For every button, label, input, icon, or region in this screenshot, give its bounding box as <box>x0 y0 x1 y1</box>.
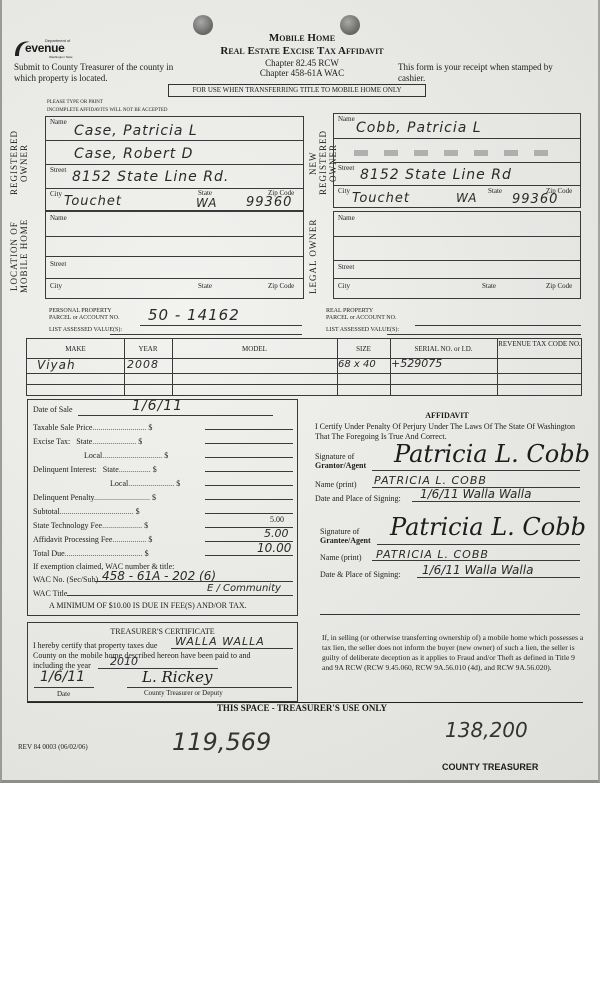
receipt-note: This form is your receipt when stamped b… <box>398 62 568 84</box>
processing-fee-value[interactable]: 5.00 <box>264 527 289 540</box>
new-owner-state[interactable]: WA <box>456 191 477 205</box>
submit-note: Submit to County Treasurer of the county… <box>14 62 184 84</box>
date-of-sale-value[interactable]: 1/6/11 <box>132 398 183 414</box>
grantee-name-print[interactable]: PATRICIA L. COBB <box>376 548 489 561</box>
year-value[interactable]: 2008 <box>127 358 159 371</box>
affidavit-title: AFFIDAVIT <box>312 411 582 420</box>
registered-owner-name1[interactable]: Case, Patricia L <box>74 123 198 139</box>
registered-owner-zip[interactable]: 99360 <box>246 195 292 210</box>
affidavit-divider <box>320 614 580 615</box>
instruction-incomplete: INCOMPLETE AFFIDAVITS WILL NOT BE ACCEPT… <box>47 108 168 113</box>
form-title-line1: Mobile Home <box>202 32 402 44</box>
logo-brand: evenue <box>25 42 65 54</box>
grantor-date-place[interactable]: 1/6/11 Walla Walla <box>420 487 531 501</box>
new-owner-city[interactable]: Touchet <box>352 191 410 206</box>
chapter-rcw: Chapter 82.45 RCW <box>202 58 402 68</box>
registered-owner-city[interactable]: Touchet <box>64 194 122 209</box>
grantor-name-print[interactable]: PATRICIA L. COBB <box>374 474 487 487</box>
tax-line-subtotal: Subtotal................................… <box>33 507 140 516</box>
new-owner-street[interactable]: 8152 State Line Rd <box>360 167 512 183</box>
tax-line-delinquent-local: Local....................... $ <box>110 479 180 488</box>
location-label: LOCATION OF MOBILE HOME <box>9 212 39 300</box>
new-owner-name1[interactable]: Cobb, Patricia L <box>356 120 482 136</box>
new-registered-owner-box: Name Cobb, Patricia L Street 8152 State … <box>333 113 581 208</box>
form-title-line2: Real Estate Excise Tax Affidavit <box>152 45 452 57</box>
tax-line-delinquent-state: Delinquent Interest: State..............… <box>33 465 157 474</box>
personal-property-label: PERSONAL PROPERTY PARCEL or ACCOUNT NO. <box>49 308 119 322</box>
registered-owner-street[interactable]: 8152 State Line Rd. <box>72 169 229 185</box>
serial-value[interactable]: +529075 <box>391 357 442 370</box>
chapter-wac: Chapter 458-61A WAC <box>202 68 402 78</box>
instruction-type-or-print: PLEASE TYPE OR PRINT <box>47 100 103 105</box>
grantee-signature[interactable]: Patricia L. Cobb <box>390 513 586 541</box>
mobile-home-table: MAKE YEAR MODEL SIZE SERIAL NO. or I.D. … <box>26 338 582 396</box>
size-value[interactable]: 68 x 40 <box>338 359 376 370</box>
registered-owner-label: REGISTERED OWNER <box>9 118 37 208</box>
make-value[interactable]: Viyah <box>37 358 76 372</box>
grantee-date-place[interactable]: 1/6/11 Walla Walla <box>422 563 533 577</box>
wac-title-value[interactable]: E / Community <box>207 583 281 594</box>
minimum-due-note: A MINIMUM OF $10.00 IS DUE IN FEE(S) AND… <box>49 601 247 610</box>
treasurer-county-value[interactable]: WALLA WALLA <box>175 635 265 648</box>
tax-line-processing-fee: Affidavit Processing Fee................… <box>33 535 152 544</box>
paid-through-year[interactable]: 2010 <box>110 655 138 668</box>
registered-owner-name2[interactable]: Case, Robert D <box>74 146 193 162</box>
tax-line-excise-state: Excise Tax: State...................... … <box>33 437 142 446</box>
form-number: REV 84 0003 (06/02/06) <box>18 743 88 751</box>
tax-line-delinquent-penalty: Delinquent Penalty......................… <box>33 493 156 502</box>
handwritten-value-1: 119,569 <box>172 728 271 756</box>
handwritten-value-2: 138,200 <box>445 718 528 742</box>
revenue-logo: Department of evenue Washington State <box>13 38 83 60</box>
affidavit-certify-text: I Certify Under Penalty Of Perjury Under… <box>315 422 580 442</box>
wac-number-value[interactable]: 458 - 61A - 202 (6) <box>102 569 216 583</box>
grantor-signature[interactable]: Patricia L. Cobb <box>394 440 590 468</box>
registered-owner-state[interactable]: WA <box>196 196 217 210</box>
new-owner-zip[interactable]: 99360 <box>512 192 558 207</box>
tax-line-tech-fee: State Technology Fee....................… <box>33 521 148 530</box>
county-treasurer-stamp: COUNTY TREASURER <box>442 762 538 772</box>
location-box: Name Street City State Zip Code <box>45 211 304 299</box>
tax-lien-warning: If, in selling (or otherwise transferrin… <box>322 633 584 673</box>
registered-owner-box: Name Case, Patricia L Case, Robert D Str… <box>45 116 304 211</box>
title-only-banner: FOR USE WHEN TRANSFERRING TITLE TO MOBIL… <box>168 84 426 97</box>
tax-line-taxable-price: Taxable Sale Price......................… <box>33 423 152 432</box>
legal-owner-box: Name Street City State Zip Code <box>333 211 581 299</box>
tax-line-total-due: Total Due...............................… <box>33 549 149 558</box>
tech-fee-value: 5.00 <box>270 515 284 524</box>
new-owner-name2-redacted <box>354 150 554 156</box>
new-registered-owner-label: NEW REGISTERED OWNER <box>308 118 334 208</box>
total-due-value[interactable]: 10.00 <box>257 541 291 555</box>
real-property-label: REAL PROPERTY PARCEL or ACCOUNT NO. <box>326 308 396 322</box>
legal-owner-label: LEGAL OWNER <box>308 212 334 300</box>
scanned-form-page: Department of evenue Washington State Mo… <box>0 0 600 783</box>
treasurers-use-only: THIS SPACE - TREASURER'S USE ONLY <box>152 703 452 713</box>
tax-line-excise-local: Local.............................. $ <box>84 451 168 460</box>
